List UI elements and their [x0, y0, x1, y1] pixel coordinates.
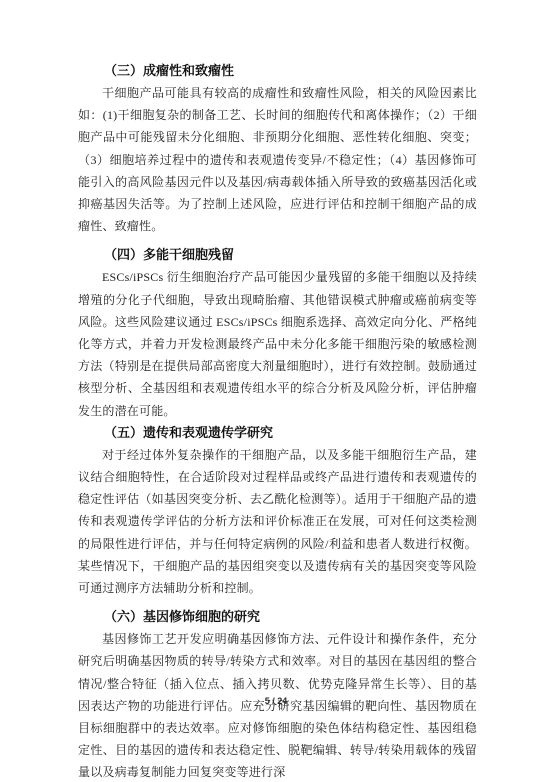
section-paragraph: 对于经过体外复杂操作的干细胞产品，以及多能干细胞衍生产品，建议结合细胞特性，在合…: [78, 444, 477, 599]
section-heading: （六）基因修饰细胞的研究: [78, 606, 477, 628]
page-number: 5 / 24: [0, 696, 552, 706]
document-page: （三）成瘤性和致瘤性 干细胞产品可能具有较高的成瘤性和致瘤性风险，相关的风险因素…: [0, 0, 552, 782]
page-content: （三）成瘤性和致瘤性 干细胞产品可能具有较高的成瘤性和致瘤性风险，相关的风险因素…: [78, 60, 477, 782]
section-gene-modified-cells: （六）基因修饰细胞的研究 基因修饰工艺开发应明确基因修饰方法、元件设计和操作条件…: [78, 606, 477, 782]
section-heading: （四）多能干细胞残留: [78, 244, 477, 266]
section-paragraph: 干细胞产品可能具有较高的成瘤性和致瘤性风险，相关的风险因素比如：(1)干细胞复杂…: [78, 82, 477, 237]
section-heading: （三）成瘤性和致瘤性: [78, 60, 477, 82]
section-genetic-epigenetic: （五）遗传和表观遗传学研究 对于经过体外复杂操作的干细胞产品，以及多能干细胞衍生…: [78, 422, 477, 599]
section-tumorigenicity: （三）成瘤性和致瘤性 干细胞产品可能具有较高的成瘤性和致瘤性风险，相关的风险因素…: [78, 60, 477, 237]
section-heading: （五）遗传和表观遗传学研究: [78, 422, 477, 444]
section-pluripotent-residual: （四）多能干细胞残留 ESCs/iPSCs 衍生细胞治疗产品可能因少量残留的多能…: [78, 244, 477, 421]
section-paragraph: ESCs/iPSCs 衍生细胞治疗产品可能因少量残留的多能干细胞以及持续增殖的分…: [78, 266, 477, 421]
